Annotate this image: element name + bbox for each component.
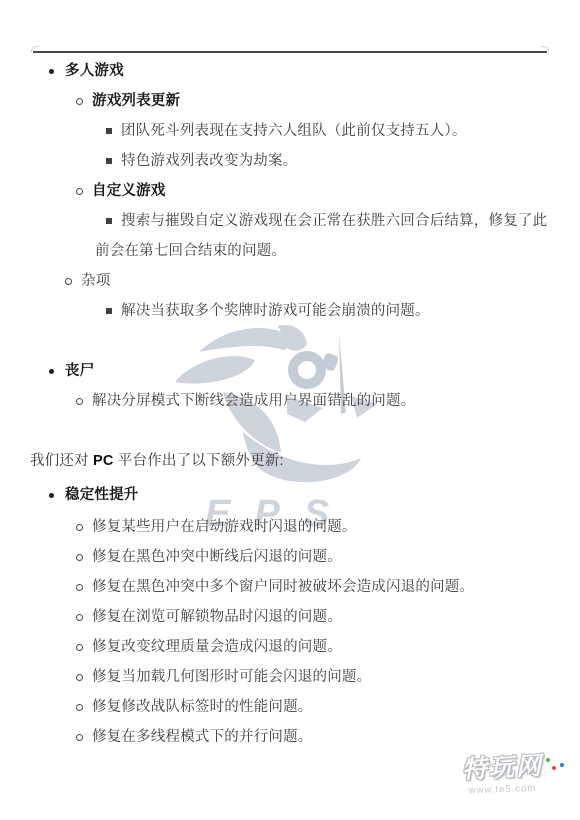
horizontal-rule: [33, 51, 547, 53]
list-item-text: 特色游戏列表改变为劫案。: [121, 153, 297, 169]
section-title-text: 多人游戏: [65, 63, 124, 79]
subsection-title-custom-games: 自定义游戏: [0, 176, 580, 206]
section-title-zombies: 丧尸: [0, 356, 580, 386]
list-item-text: 修复在黑色冲突中断线后闪退的问题。: [92, 549, 342, 565]
list-item-text: 搜索与摧毁自定义游戏现在会正常在获胜六回合后结算，修复了此前会在第七回合结束的问…: [95, 213, 547, 259]
list-item-text: 修复在浏览可解锁物品时闪退的问题。: [92, 609, 342, 625]
bullet-circle-icon: [76, 644, 83, 651]
list-item-text: 修复改变纹理质量会造成闪退的问题。: [92, 639, 342, 655]
controller-dot-red-icon: [552, 766, 556, 770]
bullet-circle-icon: [76, 734, 83, 741]
bullet-circle-icon: [76, 398, 83, 405]
subsection-title-misc: 杂项: [0, 266, 580, 296]
section-title-text: 丧尸: [65, 363, 94, 379]
bullet-circle-icon: [76, 584, 83, 591]
bullet-square-icon: [106, 218, 112, 224]
list-item: 特色游戏列表改变为劫案。: [0, 146, 580, 176]
bullet-square-icon: [106, 128, 112, 134]
bullet-square-icon: [106, 308, 112, 314]
subsection-title-game-list-update: 游戏列表更新: [0, 86, 580, 116]
list-item: 修复在浏览可解锁物品时闪退的问题。: [0, 602, 580, 632]
bullet-disc-icon: [49, 493, 54, 498]
list-item-text: 解决分屏模式下断线会造成用户界面错乱的问题。: [92, 393, 415, 409]
bullet-circle-icon: [76, 554, 83, 561]
section-title-text: 稳定性提升: [65, 487, 139, 503]
bullet-disc-icon: [49, 69, 54, 74]
bullet-circle-icon: [76, 704, 83, 711]
controller-dot-blue-icon: [560, 763, 564, 767]
controller-dot-green-icon: [546, 758, 550, 762]
list-item: 修复改变纹理质量会造成闪退的问题。: [0, 632, 580, 662]
list-item: 修复在黑色冲突中断线后闪退的问题。: [0, 542, 580, 572]
list-item: 修复在黑色冲突中多个窗户同时被破坏会造成闪退的问题。: [0, 572, 580, 602]
bullet-circle-icon: [76, 674, 83, 681]
pc-platform-label: PC: [93, 453, 114, 469]
list-item-text: 修复当加载几何图形时可能会闪退的问题。: [92, 669, 371, 685]
bullet-circle-icon: [76, 98, 83, 105]
list-item: 修复当加载几何图形时可能会闪退的问题。: [0, 662, 580, 692]
list-item: 团队死斗列表现在支持六人组队（此前仅支持五人）。: [0, 116, 580, 146]
list-item: 修复修改战队标签时的性能问题。: [0, 692, 580, 722]
subsection-title-text: 自定义游戏: [92, 183, 166, 199]
section-title-multiplayer: 多人游戏: [0, 56, 580, 86]
list-item: 解决当获取多个奖牌时游戏可能会崩溃的问题。: [0, 296, 580, 326]
section-gap: [0, 416, 580, 446]
bullet-circle-icon: [65, 278, 72, 285]
pc-note-prefix: 我们还对: [30, 453, 93, 469]
list-item-text: 团队死斗列表现在支持六人组队（此前仅支持五人）。: [121, 123, 467, 139]
list-item-text: 修复某些用户在启动游戏时闪退的问题。: [92, 519, 357, 535]
patch-notes-document: 多人游戏 游戏列表更新 团队死斗列表现在支持六人组队（此前仅支持五人）。 特色游…: [0, 56, 580, 752]
section-title-stability: 稳定性提升: [0, 480, 580, 510]
list-item: 修复在多线程模式下的并行问题。: [0, 722, 580, 752]
bullet-disc-icon: [49, 369, 54, 374]
pc-update-note: 我们还对 PC 平台作出了以下额外更新:: [0, 446, 580, 476]
bullet-square-icon: [106, 158, 112, 164]
list-item-text: 修复在黑色冲突中多个窗户同时被破坏会造成闪退的问题。: [92, 579, 474, 595]
subsection-title-text: 杂项: [81, 273, 110, 289]
list-item-text: 解决当获取多个奖牌时游戏可能会崩溃的问题。: [121, 303, 430, 319]
list-item: 修复某些用户在启动游戏时闪退的问题。: [0, 512, 580, 542]
list-item-text: 修复在多线程模式下的并行问题。: [92, 729, 313, 745]
subsection-title-text: 游戏列表更新: [92, 93, 180, 109]
pc-note-suffix: 平台作出了以下额外更新:: [114, 453, 284, 469]
bullet-circle-icon: [76, 188, 83, 195]
list-item-text: 修复修改战队标签时的性能问题。: [92, 699, 313, 715]
site-watermark: 特玩网 www.te5.com: [430, 752, 575, 795]
list-item: 解决分屏模式下断线会造成用户界面错乱的问题。: [0, 386, 580, 416]
list-item: 搜索与摧毁自定义游戏现在会正常在获胜六回合后结算，修复了此前会在第七回合结束的问…: [0, 206, 580, 266]
bullet-circle-icon: [76, 614, 83, 621]
section-gap: [0, 326, 580, 356]
bullet-circle-icon: [76, 524, 83, 531]
